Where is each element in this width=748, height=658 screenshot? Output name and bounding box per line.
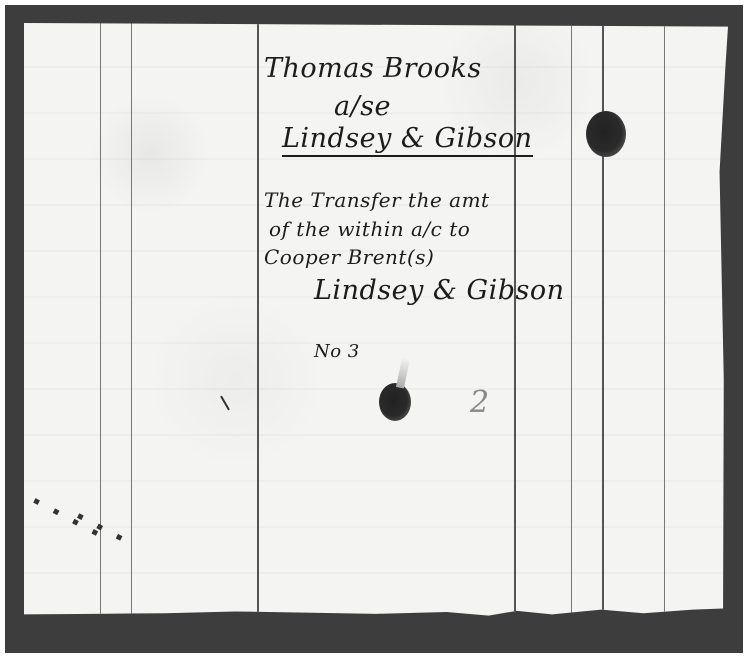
- ink-blot: [586, 111, 626, 157]
- endorsement-line-2: of the within a/c to: [269, 217, 470, 241]
- endorsement-line-3: Cooper Brent(s): [264, 245, 434, 269]
- ink-blot: [379, 383, 411, 421]
- docket-number: No 3: [314, 341, 360, 362]
- defendant-name: Lindsey & Gibson: [282, 123, 533, 157]
- squiggle-mark: 2: [470, 385, 490, 420]
- signature: Lindsey & Gibson: [314, 275, 565, 306]
- ruled-line: [514, 23, 516, 618]
- plaintiff-name: Thomas Brooks: [264, 53, 482, 84]
- ruled-line: [257, 23, 259, 618]
- ruled-line: [571, 23, 572, 618]
- endorsement-line-1: The Transfer the amt: [264, 188, 490, 212]
- ruled-line: [664, 23, 665, 618]
- ink-drip: [396, 357, 410, 388]
- ruled-line: [131, 23, 132, 618]
- document-page: Thomas Brooks a/se Lindsey & Gibson The …: [24, 23, 728, 618]
- pen-mark: [220, 396, 230, 411]
- versus-label: a/se: [334, 91, 391, 122]
